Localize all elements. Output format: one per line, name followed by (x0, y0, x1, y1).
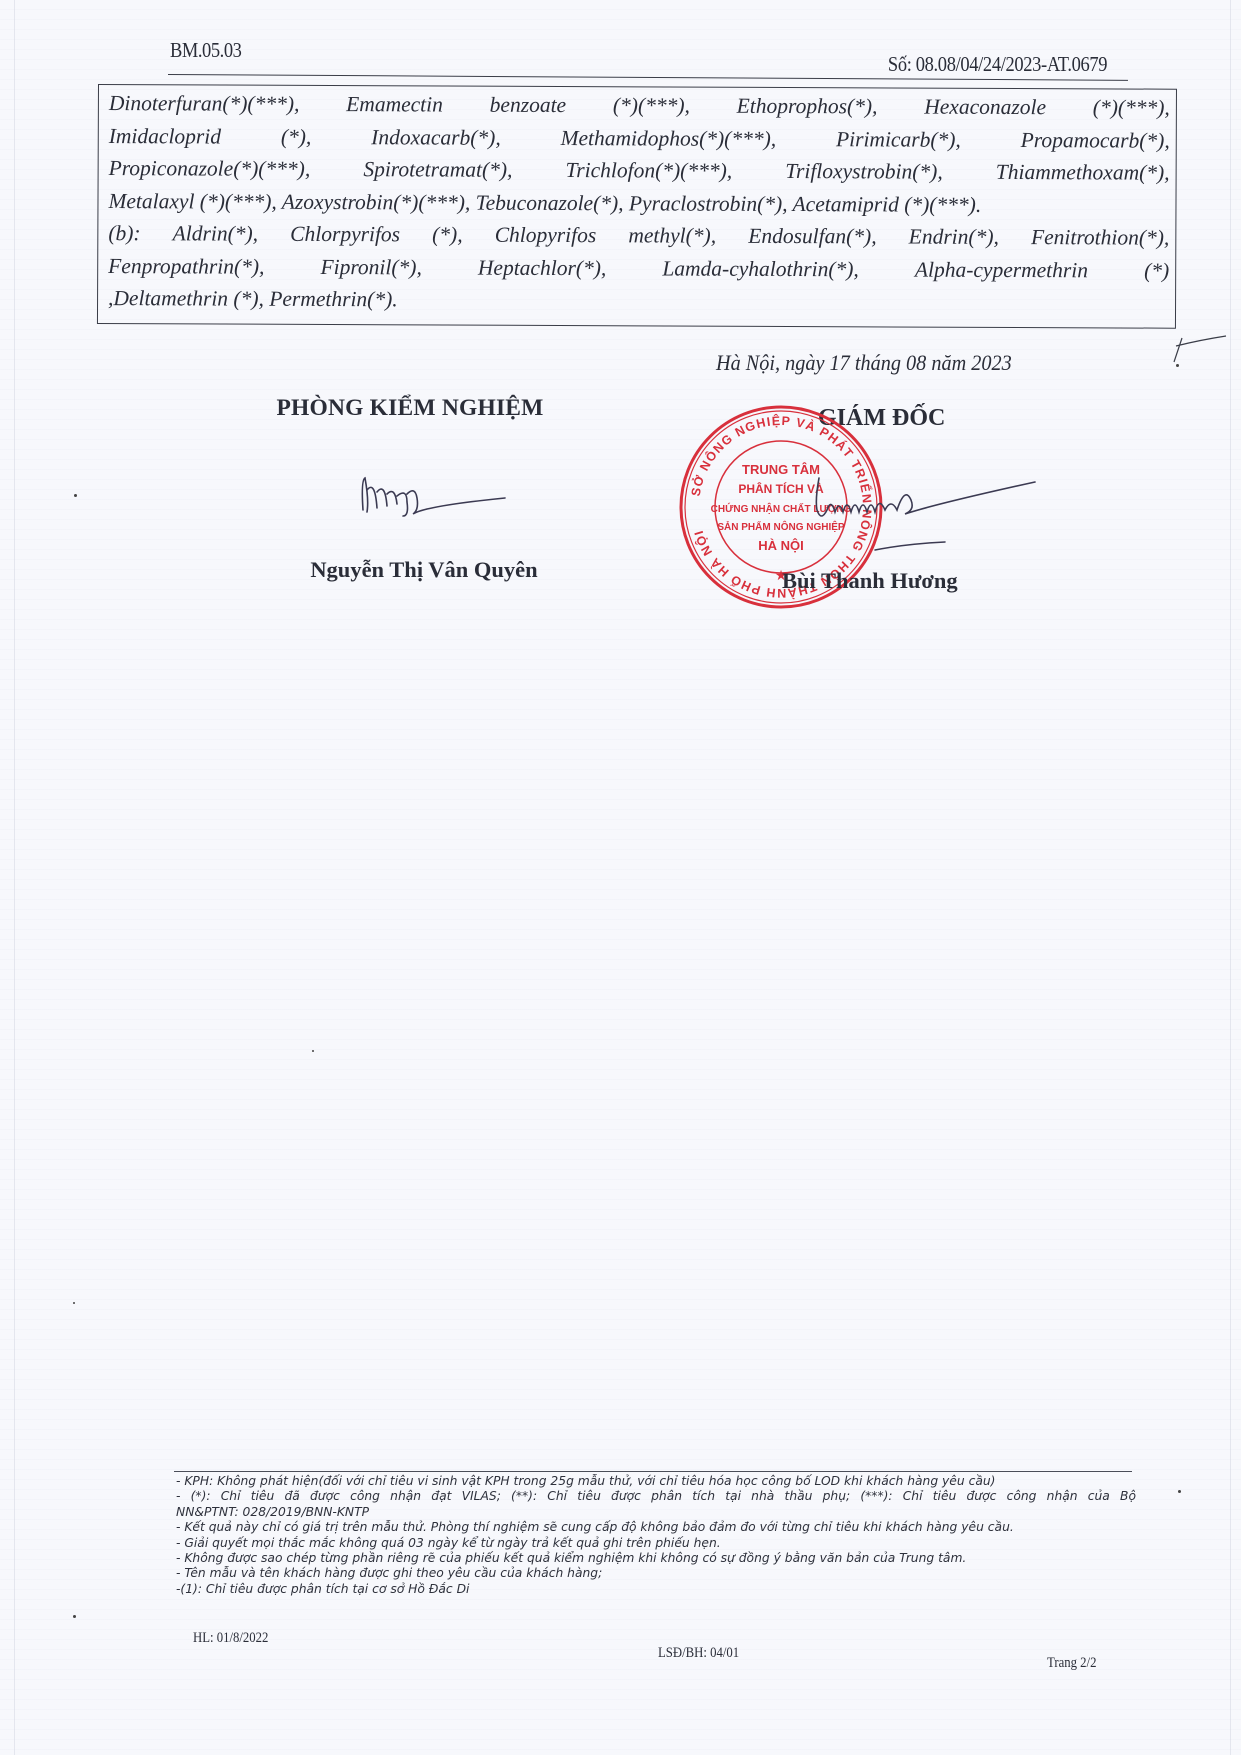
analyte-item: Fenpropathrin(*), (108, 250, 264, 283)
signature-block-lab: PHÒNG KIỂM NGHIỆM Nguyễn Thị Vân Quyên (250, 395, 570, 422)
analyte-line: Imidacloprid (*), Indoxacarb(*), Methami… (109, 120, 1170, 157)
analyte-line-group-b: (b): Aldrin(*), Chlorpyrifos (*), Chlopy… (108, 217, 1169, 254)
analyte-item: Endrin(*), (909, 221, 999, 254)
analyte-item: Imidacloprid (109, 120, 221, 153)
note-validity: - Kết quả này chỉ có giá trị trên mẫu th… (176, 1520, 1136, 1535)
analyte-line: Metalaxyl (*)(***), Azoxystrobin(*)(***)… (108, 185, 1169, 222)
note-site: -(1): Chỉ tiêu được phân tích tại cơ sở … (176, 1582, 1136, 1597)
analyte-item: Pirimicarb(*), (836, 123, 961, 156)
analyte-item: benzoate (490, 89, 567, 122)
page-edge-left (14, 0, 15, 1755)
footer-divider (174, 1471, 1132, 1472)
analyte-item: (*) (1144, 254, 1169, 287)
analyte-item: Propamocarb(*), (1021, 124, 1170, 157)
analyte-item: Alpha-cypermethrin (915, 253, 1088, 286)
pen-mark-icon (1170, 318, 1230, 378)
analyte-item: Thiammethoxam(*), (996, 156, 1170, 189)
analyte-item: Hexaconazole (924, 91, 1046, 124)
analyte-item: ,Deltamethrin (*), Permethrin(*). (108, 282, 398, 316)
signer-name-lab: Nguyễn Thị Vân Quyên (264, 557, 584, 583)
analyte-item: (*), (281, 120, 312, 153)
scan-speck (73, 1302, 75, 1304)
analyte-item: (*), (432, 218, 463, 251)
issue-date: Hà Nội, ngày 17 tháng 08 năm 2023 (716, 350, 1012, 376)
analyte-item: Metalaxyl (*)(***), Azoxystrobin(*)(***)… (108, 185, 981, 221)
analyte-item: Dinoterfuran(*)(***), (109, 87, 300, 120)
footer-notes: - KPH: Không phát hiện(đối với chỉ tiêu … (176, 1474, 1136, 1597)
group-label: (b): (108, 217, 140, 250)
page-number: Trang 2/2 (1047, 1655, 1096, 1672)
analyte-line: Propiconazole(*)(***), Spirotetramat(*),… (109, 152, 1170, 189)
signature-lab-icon (355, 470, 535, 530)
analyte-item: Emamectin (346, 88, 443, 121)
form-code: BM.05.03 (170, 38, 241, 63)
note-accreditation: - (*): Chỉ tiêu đã được công nhận đạt VI… (176, 1489, 1136, 1504)
note-complaints: - Giải quyết mọi thắc mắc không quá 03 n… (176, 1536, 1136, 1551)
analyte-item: Chlorpyrifos (290, 218, 400, 251)
signer-name-director: Bùi Thanh Hương (782, 568, 958, 594)
signature-director-icon (805, 470, 1065, 570)
report-number: Số: 08.08/04/24/2023-AT.0679 (888, 52, 1107, 77)
analyte-item: Aldrin(*), (173, 217, 259, 250)
analyte-item: Propiconazole(*)(***), (109, 152, 311, 185)
analyte-item: Fipronil(*), (320, 250, 421, 283)
analyte-item: Fenitrothion(*), (1031, 221, 1169, 254)
scan-speck (312, 1050, 314, 1052)
analyte-item: Endosulfan(*), (748, 220, 877, 253)
analyte-item: methyl(*), (628, 219, 716, 252)
analyte-line: ,Deltamethrin (*), Permethrin(*). (108, 282, 1169, 319)
analyte-item: Chlopyrifos (495, 219, 597, 252)
signer-title-lab: PHÒNG KIỂM NGHIỆM (250, 395, 570, 422)
analyte-list-box: Dinoterfuran(*)(***), Emamectin benzoate… (97, 84, 1177, 329)
note-accreditation-cont: NN&PTNT: 028/2019/BNN-KNTP (176, 1505, 1136, 1520)
analyte-item: Methamidophos(*)(***), (561, 122, 777, 155)
analyte-item: Trichlofon(*)(***), (565, 154, 732, 187)
scan-speck (1176, 364, 1179, 367)
analyte-line: Fenpropathrin(*), Fipronil(*), Heptachlo… (108, 250, 1169, 287)
analyte-item: (*)(***), (613, 89, 690, 122)
footer-lsd: LSĐ/BH: 04/01 (658, 1645, 739, 1662)
footer-hl: HL: 01/8/2022 (193, 1630, 268, 1647)
analyte-item: (*)(***), (1093, 91, 1170, 124)
analyte-item: Ethoprophos(*), (737, 90, 878, 123)
svg-text:HÀ NỘI: HÀ NỘI (758, 538, 804, 553)
analyte-item: Lamda-cyhalothrin(*), (662, 252, 859, 285)
scan-speck (73, 1615, 76, 1618)
page-edge-right (1230, 0, 1231, 1755)
analyte-line: Dinoterfuran(*)(***), Emamectin benzoate… (109, 87, 1170, 124)
analyte-item: Indoxacarb(*), (371, 121, 501, 154)
note-kph: - KPH: Không phát hiện(đối với chỉ tiêu … (176, 1474, 1136, 1489)
analyte-item: Heptachlor(*), (478, 251, 607, 284)
note-copying: - Không được sao chép từng phần riêng rẽ… (176, 1551, 1136, 1566)
analyte-item: Spirotetramat(*), (363, 153, 512, 186)
scan-speck (74, 494, 77, 497)
scan-speck (1178, 1490, 1181, 1493)
note-sample-names: - Tên mẫu và tên khách hàng được ghi the… (176, 1566, 1136, 1581)
analyte-item: Trifloxystrobin(*), (785, 155, 943, 188)
